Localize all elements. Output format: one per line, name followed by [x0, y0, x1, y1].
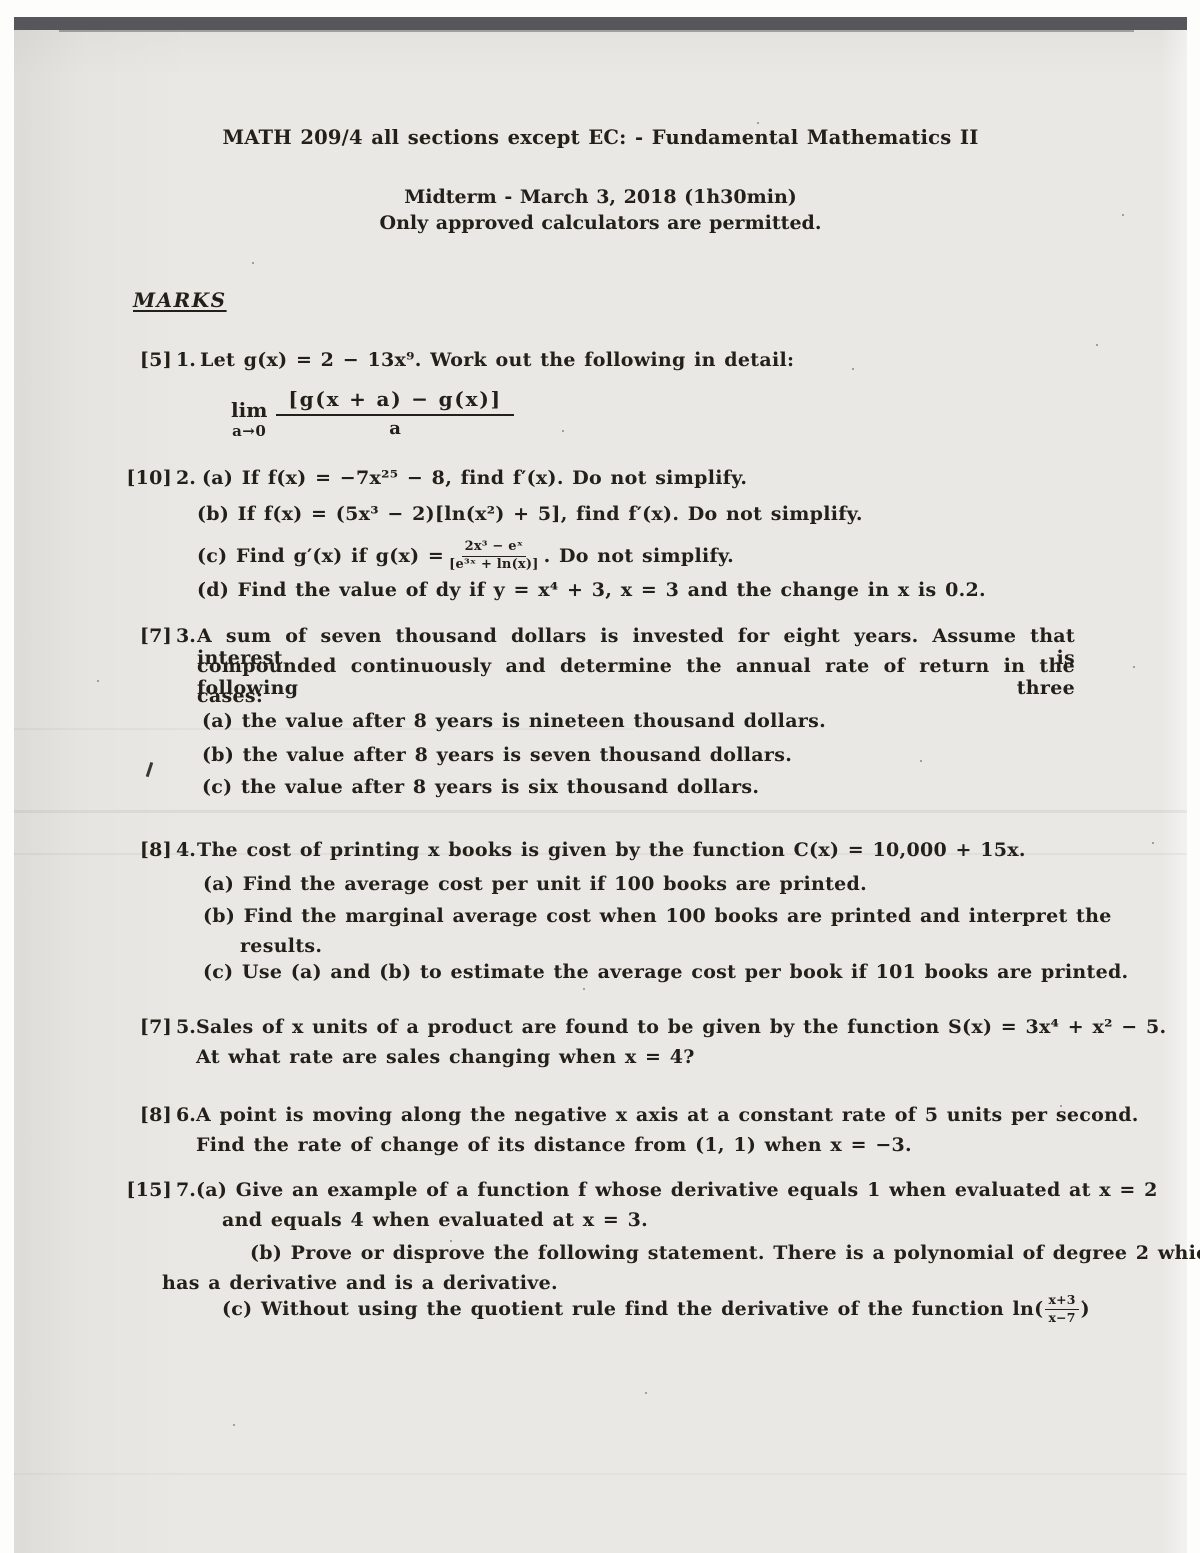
scan-top-bar	[14, 17, 1187, 30]
q5-number: 5.	[176, 1016, 196, 1038]
q3-item-c: (c) the value after 8 years is six thous…	[202, 776, 759, 798]
scan-speck	[233, 1424, 235, 1426]
scan-streak	[14, 810, 1187, 813]
scan-speck	[562, 430, 564, 432]
q5-body-line2: At what rate are sales changing when x =…	[196, 1046, 695, 1068]
q6-body-line2: Find the rate of change of its distance …	[196, 1134, 912, 1156]
scan-streak	[14, 1473, 1187, 1475]
q7-item-c-fraction-denominator: x−7	[1048, 1310, 1075, 1325]
exam-subtitle-calculators: Only approved calculators are permitted.	[14, 212, 1187, 234]
q2-item-a: (a) If f(x) = −7x²⁵ − 8, find f′(x). Do …	[202, 467, 747, 489]
q7-item-c: (c) Without using the quotient rule find…	[222, 1291, 1090, 1327]
q2-item-c-post: . Do not simplify.	[544, 545, 734, 567]
scan-speck	[757, 122, 759, 124]
limit-subscript: a→0	[232, 424, 266, 439]
q3-number: 3.	[176, 625, 196, 647]
q2-number: 2.	[176, 467, 196, 489]
scan-speck	[645, 1392, 647, 1394]
q7-item-c-pre: (c) Without using the quotient rule find…	[222, 1298, 1043, 1320]
q7-marks-badge: [15]	[118, 1179, 172, 1201]
scan-speck	[97, 680, 99, 682]
q2-item-c-fraction: 2x³ − eˣ [e³ˣ + ln(x)]	[449, 540, 538, 573]
scan-speck	[1122, 214, 1124, 216]
q3-item-b: (b) the value after 8 years is seven tho…	[202, 744, 792, 766]
q6-number: 6.	[176, 1104, 196, 1126]
q2-item-c-fraction-numerator: 2x³ − eˣ	[462, 540, 526, 557]
scan-speck	[1133, 666, 1135, 668]
scan-speck	[1096, 344, 1098, 346]
q2-marks-badge: [10]	[118, 467, 172, 489]
q6-body-line1: A point is moving along the negative x a…	[196, 1104, 1139, 1126]
limit-operator: lim	[231, 400, 267, 420]
q6-marks-badge: [8]	[118, 1104, 172, 1126]
scan-speck	[1060, 1105, 1062, 1107]
scan-streak	[14, 728, 634, 730]
limit-fraction-numerator: [g(x + a) − g(x)]	[276, 388, 514, 416]
q4-item-b-line2: results.	[240, 935, 322, 957]
q2-item-c-pre: (c) Find g′(x) if g(x) =	[197, 545, 444, 567]
q7-number: 7.	[176, 1179, 196, 1201]
scan-streak	[14, 853, 1187, 855]
q7-item-c-fraction-numerator: x+3	[1045, 1293, 1078, 1309]
q2-item-c: (c) Find g′(x) if g(x) = 2x³ − eˣ [e³ˣ +…	[197, 532, 734, 580]
exam-subtitle-date: Midterm - March 3, 2018 (1h30min)	[14, 186, 1187, 208]
scan-speck	[583, 988, 585, 990]
scan-speck	[252, 262, 254, 264]
q7-item-b-line1: (b) Prove or disprove the following stat…	[250, 1242, 1200, 1264]
limit-operator-stack: lim a→0	[231, 400, 267, 439]
q5-body-line1: Sales of x units of a product are found …	[196, 1016, 1166, 1038]
q2-item-b: (b) If f(x) = (5x³ − 2)[ln(x²) + 5], fin…	[197, 503, 863, 525]
q1-text: Let g(x) = 2 − 13x⁹. Work out the follow…	[200, 349, 794, 371]
q1-number: 1.	[176, 349, 196, 371]
q4-item-a: (a) Find the average cost per unit if 10…	[203, 873, 867, 895]
q4-item-b-line1: (b) Find the marginal average cost when …	[203, 905, 1112, 927]
scan-speck	[1152, 842, 1154, 844]
q5-marks-badge: [7]	[118, 1016, 172, 1038]
exam-title: MATH 209/4 all sections except EC: - Fun…	[14, 126, 1187, 149]
scan-speck	[450, 1240, 452, 1242]
q2-item-c-fraction-denominator: [e³ˣ + ln(x)]	[449, 557, 538, 573]
q3-body-line2: compounded continuously and determine th…	[197, 655, 1075, 699]
scan-speck	[920, 760, 922, 762]
q3-body-line3: cases:	[197, 685, 263, 707]
q1-limit-expression: lim a→0 [g(x + a) − g(x)] a	[231, 388, 514, 439]
marks-heading: MARKS	[133, 288, 227, 312]
q7-item-a-line2: and equals 4 when evaluated at x = 3.	[222, 1209, 648, 1231]
limit-fraction-denominator: a	[389, 416, 401, 439]
limit-fraction: [g(x + a) − g(x)] a	[276, 388, 514, 439]
q3-marks-badge: [7]	[118, 625, 172, 647]
q4-item-c: (c) Use (a) and (b) to estimate the aver…	[203, 961, 1128, 983]
q4-number: 4.	[176, 839, 196, 861]
q4-body: The cost of printing x books is given by…	[197, 839, 1026, 861]
q7-item-a-line1: (a) Give an example of a function f whos…	[196, 1179, 1158, 1201]
scan-speck	[852, 368, 854, 370]
scan-speck	[1082, 1300, 1084, 1302]
q1-marks-badge: [5]	[118, 349, 172, 371]
q7-item-c-fraction: x+3 x−7	[1045, 1293, 1078, 1325]
q2-item-d: (d) Find the value of dy if y = x⁴ + 3, …	[197, 579, 986, 601]
q4-marks-badge: [8]	[118, 839, 172, 861]
